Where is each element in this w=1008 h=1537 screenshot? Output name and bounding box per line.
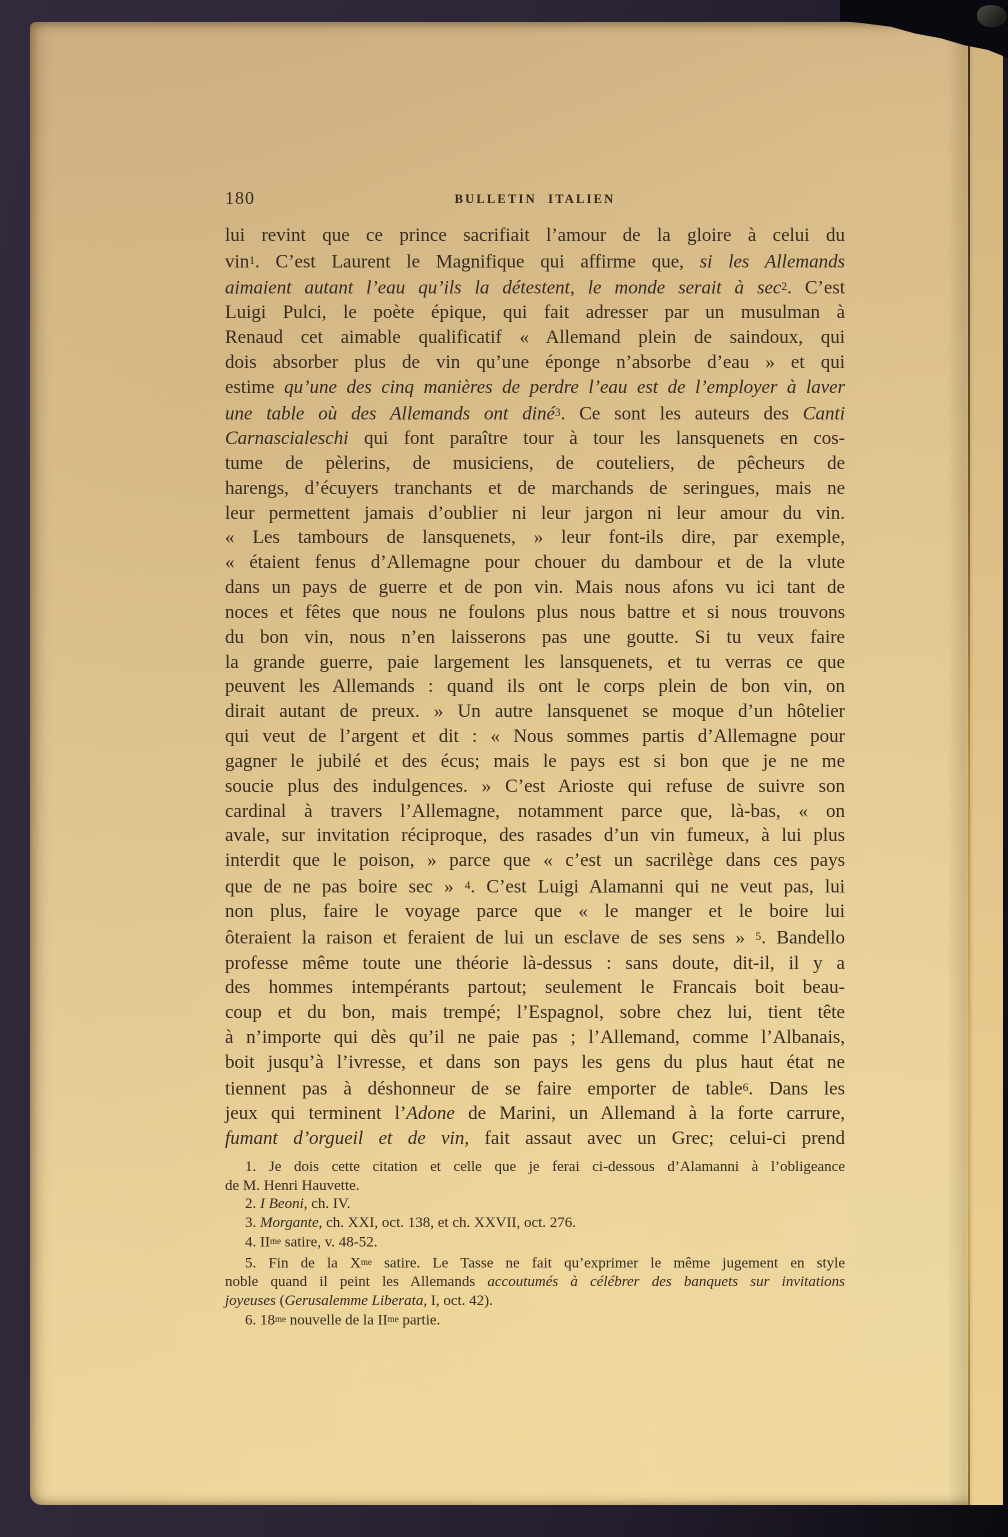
text-line: boit jusqu’à l’ivresse, et dans son pays… xyxy=(225,1051,845,1076)
text-segment: à n’importe qui dès qu’il ne paie pas ; … xyxy=(225,1027,845,1048)
text-segment: dans un pays de guerre et de pon vin. Ma… xyxy=(225,577,845,598)
text-line: harengs, d’écuyers tranchants et de marc… xyxy=(225,477,845,502)
text-segment: si les Allemands xyxy=(700,251,845,272)
text-segment: que de ne pas boire sec » xyxy=(225,877,465,898)
text-line: dans un pays de guerre et de pon vin. Ma… xyxy=(225,576,845,601)
text-line: non plus, faire le voyage parce que « le… xyxy=(225,900,845,925)
text-line: Luigi Pulci, le poète épique, qui fait a… xyxy=(225,301,845,326)
text-segment: gagner le jubilé et des écus; mais le pa… xyxy=(225,751,845,772)
text-segment: dirait autant de preux. » Un autre lansq… xyxy=(225,701,845,722)
text-line: dois absorber plus de vin qu’une éponge … xyxy=(225,351,845,376)
text-segment: du bon vin, nous n’en laisserons pas une… xyxy=(225,627,845,648)
text-line: dirait autant de preux. » Un autre lansq… xyxy=(225,700,845,725)
text-segment: une table où des Allemands ont diné xyxy=(225,403,555,424)
text-segment: Carnascialeschi xyxy=(225,428,349,449)
text-line: leur permettent jamais d’oublier ni leur… xyxy=(225,502,845,527)
text-segment: cardinal à travers l’Allemagne, notammen… xyxy=(225,801,845,822)
text-segment: interdit que le poison, » parce que « c’… xyxy=(225,850,845,871)
text-line: 5. Fin de la Xme satire. Le Tasse ne fai… xyxy=(225,1253,845,1273)
text-line: fumant d’orgueil et de vin, fait assaut … xyxy=(225,1127,845,1152)
text-segment: . C’est Luigi Alamanni qui ne veut pas, … xyxy=(470,877,845,898)
text-segment: satire, v. 48-52. xyxy=(281,1235,378,1251)
text-segment: « étaient fenus d’Allemagne pour chouer … xyxy=(225,552,845,573)
text-line: coup et du bon, mais trempé; l’Espagnol,… xyxy=(225,1001,845,1026)
text-line: cardinal à travers l’Allemagne, notammen… xyxy=(225,800,845,825)
text-segment: « Les tambours de lansquenets, » leur fo… xyxy=(225,527,845,548)
text-segment: Renaud cet aimable qualificatif « Allema… xyxy=(225,327,845,348)
text-line: « Les tambours de lansquenets, » leur fo… xyxy=(225,526,845,551)
text-line: 2. I Beoni, ch. IV. xyxy=(225,1195,845,1214)
text-line: « étaient fenus d’Allemagne pour chouer … xyxy=(225,551,845,576)
text-segment: noces et fêtes que nous ne foulons plus … xyxy=(225,602,845,623)
text-line: Carnascialeschi qui font paraître tour à… xyxy=(225,427,845,452)
text-segment: 5. Fin de la X xyxy=(245,1255,361,1271)
text-segment: . Bandello xyxy=(761,928,845,949)
text-line: 6. 18me nouvelle de la IIme partie. xyxy=(225,1310,845,1330)
text-line: tiennent pas à déshonneur de se faire em… xyxy=(225,1076,845,1102)
text-line: noces et fêtes que nous ne foulons plus … xyxy=(225,601,845,626)
text-line: une table où des Allemands ont diné3. Ce… xyxy=(225,401,845,427)
text-segment: 6. 18 xyxy=(245,1313,275,1329)
text-segment: , ch. XXI, oct. 138, et ch. XXVII, oct. … xyxy=(319,1215,576,1231)
text-line: noble quand il peint les Allemands accou… xyxy=(225,1273,845,1292)
text-segment: Gerusalemme Liberata xyxy=(285,1293,424,1309)
page-header: 180 BULLETIN ITALIEN xyxy=(225,188,845,210)
text-segment: coup et du bon, mais trempé; l’Espagnol,… xyxy=(225,1002,845,1023)
text-segment: aimaient autant l’eau qu’ils la détesten… xyxy=(225,278,781,299)
text-segment: . C’est Laurent le Magnifique qui affirm… xyxy=(255,251,700,272)
text-line: qui veut de l’argent et dit : « Nous som… xyxy=(225,725,845,750)
text-segment: 4. II xyxy=(245,1235,270,1251)
text-segment: qui veut de l’argent et dit : « Nous som… xyxy=(225,726,845,747)
text-segment: jeux qui terminent l’ xyxy=(225,1103,406,1124)
text-segment: de Marini, un Allemand à la forte carrur… xyxy=(455,1103,845,1124)
text-segment: ( xyxy=(276,1293,285,1309)
text-line: la grande guerre, paie largement les lan… xyxy=(225,651,845,676)
text-segment: Canti xyxy=(803,403,845,424)
text-line: 3. Morgante, ch. XXI, oct. 138, et ch. X… xyxy=(225,1214,845,1233)
text-segment: Morgante xyxy=(260,1215,319,1231)
text-line: estime qu’une des cinq manières de perdr… xyxy=(225,376,845,401)
text-segment: lui revint que ce prince sacrifiait l’am… xyxy=(225,225,845,246)
text-line: aimaient autant l’eau qu’ils la détesten… xyxy=(225,275,845,301)
text-segment: tume de pèlerins, de musiciens, de coute… xyxy=(225,453,845,474)
text-line: des hommes intempérants partout; seuleme… xyxy=(225,976,845,1001)
footnote-reference: me xyxy=(388,1314,399,1324)
text-segment: fait assaut avec un Grec; celui-ci prend xyxy=(469,1128,845,1149)
text-line: vin1. C’est Laurent le Magnifique qui af… xyxy=(225,249,845,275)
body-text: lui revint que ce prince sacrifiait l’am… xyxy=(225,224,845,1152)
text-segment: . Dans les xyxy=(748,1078,845,1099)
text-segment: ôteraient la raison et feraient de lui u… xyxy=(225,928,755,949)
text-line: jeux qui terminent l’Adone de Marini, un… xyxy=(225,1102,845,1127)
text-line: Renaud cet aimable qualificatif « Allema… xyxy=(225,326,845,351)
text-segment: de M. Henri Hauvette. xyxy=(225,1178,360,1194)
text-segment: Luigi Pulci, le poète épique, qui fait a… xyxy=(225,302,845,323)
text-segment: vin xyxy=(225,251,249,272)
text-segment: 2. xyxy=(245,1196,260,1212)
text-line: 1. Je dois cette citation et celle que j… xyxy=(225,1158,845,1177)
text-line: professe même toute une théorie là-dessu… xyxy=(225,952,845,977)
text-segment: satire. Le Tasse ne fait qu’exprimer le … xyxy=(372,1255,845,1271)
text-segment: . Ce sont les auteurs des xyxy=(561,403,803,424)
text-segment: partie. xyxy=(399,1313,441,1329)
text-line: soucie plus des indulgences. » C’est Ari… xyxy=(225,775,845,800)
text-segment: nouvelle de la II xyxy=(286,1313,388,1329)
running-title: BULLETIN ITALIEN xyxy=(455,192,616,207)
text-line: du bon vin, nous n’en laisserons pas une… xyxy=(225,626,845,651)
text-segment: boit jusqu’à l’ivresse, et dans son pays… xyxy=(225,1052,845,1073)
text-line: lui revint que ce prince sacrifiait l’am… xyxy=(225,224,845,249)
text-segment: noble quand il peint les Allemands xyxy=(225,1274,487,1290)
text-segment: 3. xyxy=(245,1215,260,1231)
text-line: 4. IIme satire, v. 48-52. xyxy=(225,1232,845,1252)
text-segment: tiennent pas à déshonneur de se faire em… xyxy=(225,1078,743,1099)
text-segment: accoutumés à célébrer des banquets sur i… xyxy=(487,1274,845,1290)
text-segment: leur permettent jamais d’oublier ni leur… xyxy=(225,503,845,524)
text-segment: peuvent les Allemands : quand ils ont le… xyxy=(225,676,845,697)
text-segment: harengs, d’écuyers tranchants et de marc… xyxy=(225,478,845,499)
footnote-reference: me xyxy=(275,1314,286,1324)
footnotes: 1. Je dois cette citation et celle que j… xyxy=(225,1158,845,1330)
text-segment: . C’est xyxy=(787,278,845,299)
text-segment: 1. Je dois cette citation et celle que j… xyxy=(245,1159,845,1175)
binding-clamp xyxy=(977,5,1007,27)
text-segment: joyeuses xyxy=(225,1293,276,1309)
book-page: 180 BULLETIN ITALIEN lui revint que ce p… xyxy=(30,22,1003,1505)
footnote-reference: me xyxy=(361,1257,372,1267)
text-segment: la grande guerre, paie largement les lan… xyxy=(225,652,845,673)
text-segment: fumant d’orgueil et de vin, xyxy=(225,1128,469,1149)
adjacent-page-edge xyxy=(969,38,1003,1505)
text-line: gagner le jubilé et des écus; mais le pa… xyxy=(225,750,845,775)
text-segment: soucie plus des indulgences. » C’est Ari… xyxy=(225,776,845,797)
text-segment: qui font paraître tour à tour les lansqu… xyxy=(349,428,846,449)
text-line: ôteraient la raison et feraient de lui u… xyxy=(225,925,845,951)
page-number: 180 xyxy=(225,188,255,209)
text-segment: qu’une des cinq manières de perdre l’eau… xyxy=(284,377,845,398)
text-line: tume de pèlerins, de musiciens, de coute… xyxy=(225,452,845,477)
text-segment: non plus, faire le voyage parce que « le… xyxy=(225,901,845,922)
text-line: peuvent les Allemands : quand ils ont le… xyxy=(225,675,845,700)
page-crease xyxy=(968,34,970,1505)
text-line: de M. Henri Hauvette. xyxy=(225,1177,845,1196)
text-segment: I Beoni xyxy=(260,1196,304,1212)
text-line: à n’importe qui dès qu’il ne paie pas ; … xyxy=(225,1026,845,1051)
text-line: que de ne pas boire sec » 4. C’est Luigi… xyxy=(225,874,845,900)
text-segment: , ch. IV. xyxy=(304,1196,351,1212)
text-segment: des hommes intempérants partout; seuleme… xyxy=(225,977,845,998)
text-segment: Adone xyxy=(406,1103,455,1124)
text-segment: , I, oct. 42). xyxy=(423,1293,493,1309)
footnote-reference: me xyxy=(270,1236,281,1246)
text-segment: avale, sur invitation réciproque, des ra… xyxy=(225,825,845,846)
text-line: joyeuses (Gerusalemme Liberata, I, oct. … xyxy=(225,1292,845,1311)
text-line: interdit que le poison, » parce que « c’… xyxy=(225,849,845,874)
text-segment: estime xyxy=(225,377,284,398)
text-segment: professe même toute une théorie là-dessu… xyxy=(225,953,845,974)
text-segment: dois absorber plus de vin qu’une éponge … xyxy=(225,352,845,373)
text-line: avale, sur invitation réciproque, des ra… xyxy=(225,824,845,849)
scan-canvas: 180 BULLETIN ITALIEN lui revint que ce p… xyxy=(0,0,1008,1537)
